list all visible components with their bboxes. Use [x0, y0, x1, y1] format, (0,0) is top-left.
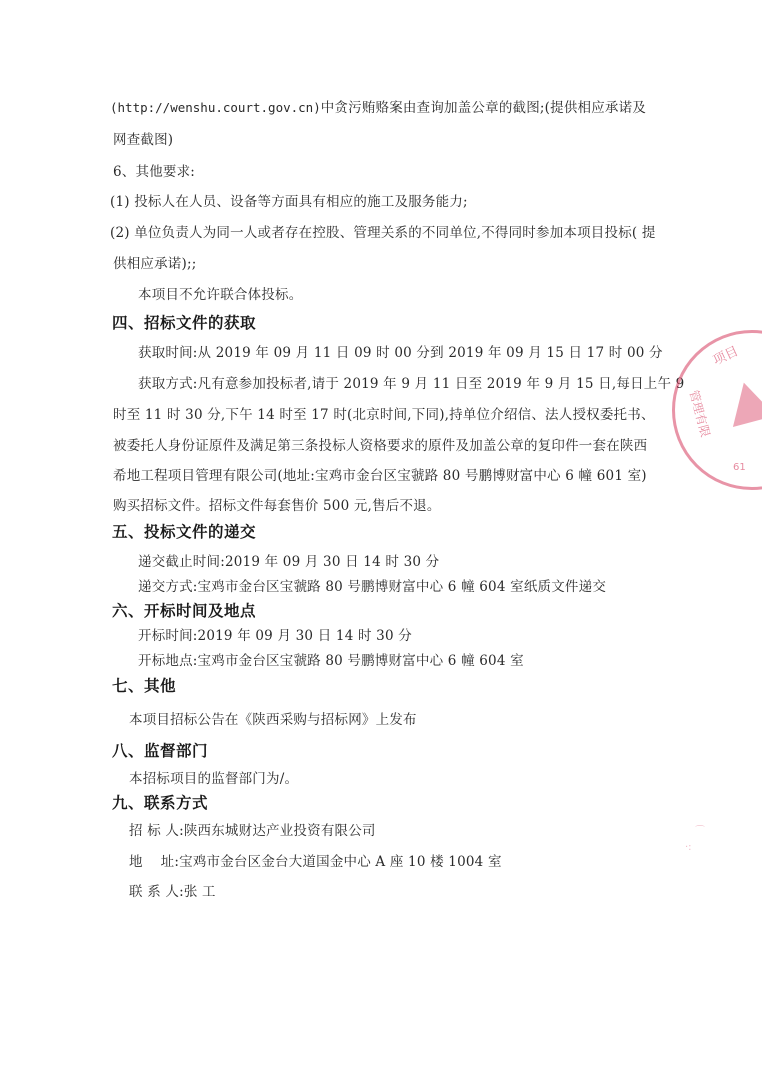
paragraph-url-line: (http://wenshu.court.gov.cn)中贪污贿赂案由查询加盖公… — [110, 99, 646, 117]
seal-code: 61 — [733, 462, 746, 473]
section-6-line: 开标时间:2019 年 09 月 30 日 14 时 30 分 — [138, 627, 412, 645]
section-6-line: 开标地点:宝鸡市金台区宝虢路 80 号鹏博财富中心 6 幢 604 室 — [138, 652, 524, 670]
contact-person: 联 系 人:张 工 — [129, 883, 216, 901]
consortium-note: 本项目不允许联合体投标。 — [138, 286, 302, 304]
section-heading-4: 四、招标文件的获取 — [112, 313, 256, 333]
contact-tenderer: 招 标 人:陕西东城财达产业投资有限公司 — [129, 822, 376, 840]
url-text: (http://wenshu.court.gov.cn) — [110, 100, 321, 115]
section-4-line: 希地工程项目管理有限公司(地址:宝鸡市金台区宝虢路 80 号鹏博财富中心 6 幢… — [113, 467, 647, 485]
faint-stamp-mark: ⌒ — [695, 822, 705, 837]
section-4-line: 被委托人身份证原件及满足第三条投标人资格要求的原件及加盖公章的复印件一套在陕西 — [113, 437, 647, 455]
section-5-line: 递交方式:宝鸡市金台区宝虢路 80 号鹏博财富中心 6 幢 604 室纸质文件递… — [138, 578, 606, 596]
contact-address: 地 址:宝鸡市金台区金台大道国金中心 A 座 10 楼 1004 室 — [129, 853, 502, 871]
paragraph-text: 中贪污贿赂案由查询加盖公章的截图;(提供相应承诺及 — [321, 100, 646, 116]
section-heading-5: 五、投标文件的递交 — [112, 522, 256, 542]
requirement-item-2-cont: 供相应承诺);; — [113, 255, 196, 273]
section-8-line: 本招标项目的监督部门为/。 — [129, 770, 298, 788]
section-heading-8: 八、监督部门 — [112, 741, 208, 761]
section-heading-7: 七、其他 — [112, 676, 176, 696]
section-4-line: 获取方式:凡有意参加投标者,请于 2019 年 9 月 11 日至 2019 年… — [138, 375, 684, 393]
section-heading-9: 九、联系方式 — [112, 793, 208, 813]
faint-stamp-mark: ·: — [685, 842, 692, 853]
section-7-line: 本项目招标公告在《陕西采购与招标网》上发布 — [129, 711, 417, 729]
requirement-item-2: (2) 单位负责人为同一人或者存在控股、管理关系的不同单位,不得同时参加本项目投… — [110, 224, 656, 242]
requirement-heading: 6、其他要求: — [113, 163, 195, 181]
section-heading-6: 六、开标时间及地点 — [112, 601, 256, 621]
section-4-line: 获取时间:从 2019 年 09 月 11 日 09 时 00 分到 2019 … — [138, 344, 663, 362]
requirement-item-1: (1) 投标人在人员、设备等方面具有相应的施工及服务能力; — [110, 193, 468, 211]
section-4-line: 购买招标文件。招标文件每套售价 500 元,售后不退。 — [113, 497, 441, 515]
section-5-line: 递交截止时间:2019 年 09 月 30 日 14 时 30 分 — [138, 553, 439, 571]
section-4-line: 时至 11 时 30 分,下午 14 时至 17 时(北京时间,下同),持单位介… — [113, 406, 655, 424]
paragraph-text: 网查截图) — [113, 131, 173, 149]
